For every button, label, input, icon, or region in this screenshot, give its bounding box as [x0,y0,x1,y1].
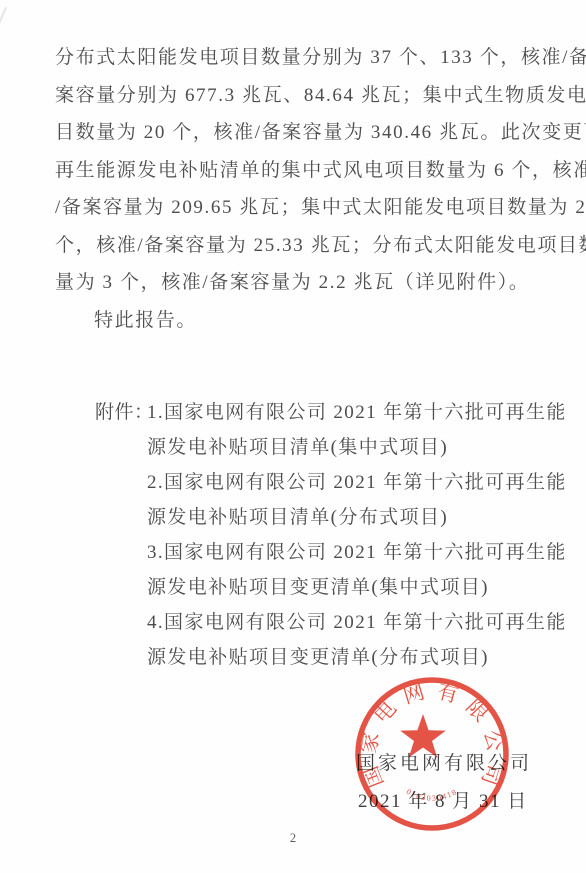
body-line: 个，核准/备案容量为 25.33 兆瓦；分布式太阳能发电项目数 [55,227,547,265]
attachment-line: 4.国家电网有限公司 2021 年第十六批可再生能 [147,605,567,640]
attachment-line: 源发电补贴项目变更清单(集中式项目) [147,570,567,605]
body-line: 目数量为 20 个，核准/备案容量为 340.46 兆瓦。此次变更可 [55,114,547,152]
attachments-list: 1.国家电网有限公司 2021 年第十六批可再生能 源发电补贴项目清单(集中式项… [147,395,567,675]
body-line: 量为 3 个，核准/备案容量为 2.2 兆瓦（详见附件）。 [55,264,547,302]
signature-date: 2021 年 8 月 31 日 [358,786,528,813]
document-page: 分布式太阳能发电项目数量分别为 37 个、133 个，核准/备 案容量分别为 6… [0,0,586,873]
attachment-line: 源发电补贴项目变更清单(分布式项目) [147,640,567,675]
attachment-line: 源发电补贴项目清单(分布式项目) [147,500,567,535]
attachment-line: 1.国家电网有限公司 2021 年第十六批可再生能 [147,395,567,430]
signature-company: 国家电网有限公司 [356,748,532,775]
body-line: 案容量分别为 677.3 兆瓦、84.64 兆瓦；集中式生物质发电项 [55,77,547,115]
attachment-line: 2.国家电网有限公司 2021 年第十六批可再生能 [147,465,567,500]
page-number: 2 [0,831,586,846]
attachment-line: 源发电补贴项目清单(集中式项目) [147,430,567,465]
body-line: 分布式太阳能发电项目数量分别为 37 个、133 个，核准/备 [55,39,547,77]
attachments-label: 附件： [95,395,154,430]
attachment-line: 3.国家电网有限公司 2021 年第十六批可再生能 [147,535,567,570]
scan-artifact [0,7,7,32]
body-line: /备案容量为 209.65 兆瓦；集中式太阳能发电项目数量为 2 [55,189,547,227]
body-line: 再生能源发电补贴清单的集中式风电项目数量为 6 个，核准 [55,152,547,190]
body-paragraph: 分布式太阳能发电项目数量分别为 37 个、133 个，核准/备 案容量分别为 6… [55,39,547,339]
closing-line: 特此报告。 [55,302,547,340]
